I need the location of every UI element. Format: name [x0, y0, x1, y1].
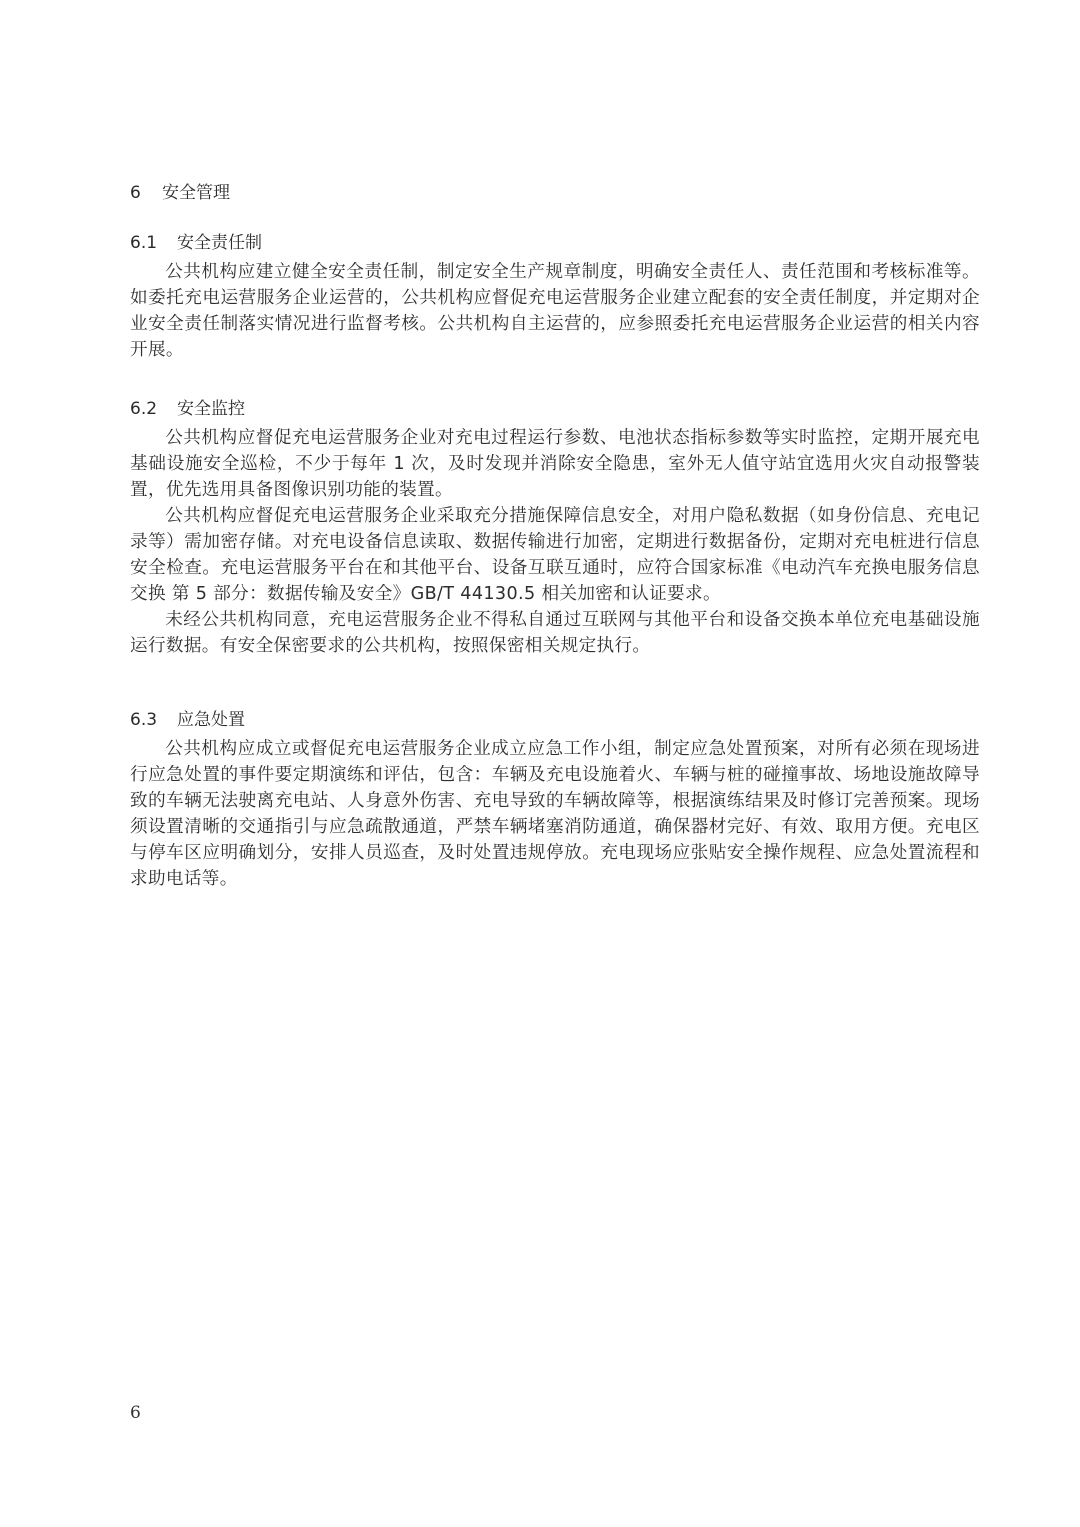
section-number: 6.2 [130, 397, 177, 421]
section-heading-6-2: 6.2安全监控 [130, 397, 245, 421]
section-heading-6-1: 6.1安全责任制 [130, 231, 262, 255]
section-heading-6-3: 6.3应急处置 [130, 708, 245, 732]
paragraph: 公共机构应督促充电运营服务企业对充电过程运行参数、电池状态指标参数等实时监控，定… [130, 425, 980, 503]
chapter-number: 6 [130, 181, 162, 205]
section-title: 应急处置 [177, 710, 245, 730]
section-title: 安全监控 [177, 399, 245, 419]
section-number: 6.3 [130, 708, 177, 732]
paragraph: 公共机构应督促充电运营服务企业采取充分措施保障信息安全，对用户隐私数据（如身份信… [130, 503, 980, 607]
section-number: 6.1 [130, 231, 177, 255]
paragraph: 公共机构应建立健全安全责任制，制定安全生产规章制度，明确安全责任人、责任范围和考… [130, 259, 980, 363]
paragraph: 公共机构应成立或督促充电运营服务企业成立应急工作小组，制定应急处置预案，对所有必… [130, 736, 980, 892]
chapter-title: 安全管理 [162, 183, 230, 203]
page-number: 6 [130, 1402, 141, 1424]
section-body-6-2: 公共机构应督促充电运营服务企业对充电过程运行参数、电池状态指标参数等实时监控，定… [130, 425, 980, 659]
chapter-heading: 6安全管理 [130, 181, 230, 205]
section-body-6-3: 公共机构应成立或督促充电运营服务企业成立应急工作小组，制定应急处置预案，对所有必… [130, 736, 980, 892]
section-title: 安全责任制 [177, 233, 262, 253]
section-body-6-1: 公共机构应建立健全安全责任制，制定安全生产规章制度，明确安全责任人、责任范围和考… [130, 259, 980, 363]
paragraph: 未经公共机构同意，充电运营服务企业不得私自通过互联网与其他平台和设备交换本单位充… [130, 607, 980, 659]
